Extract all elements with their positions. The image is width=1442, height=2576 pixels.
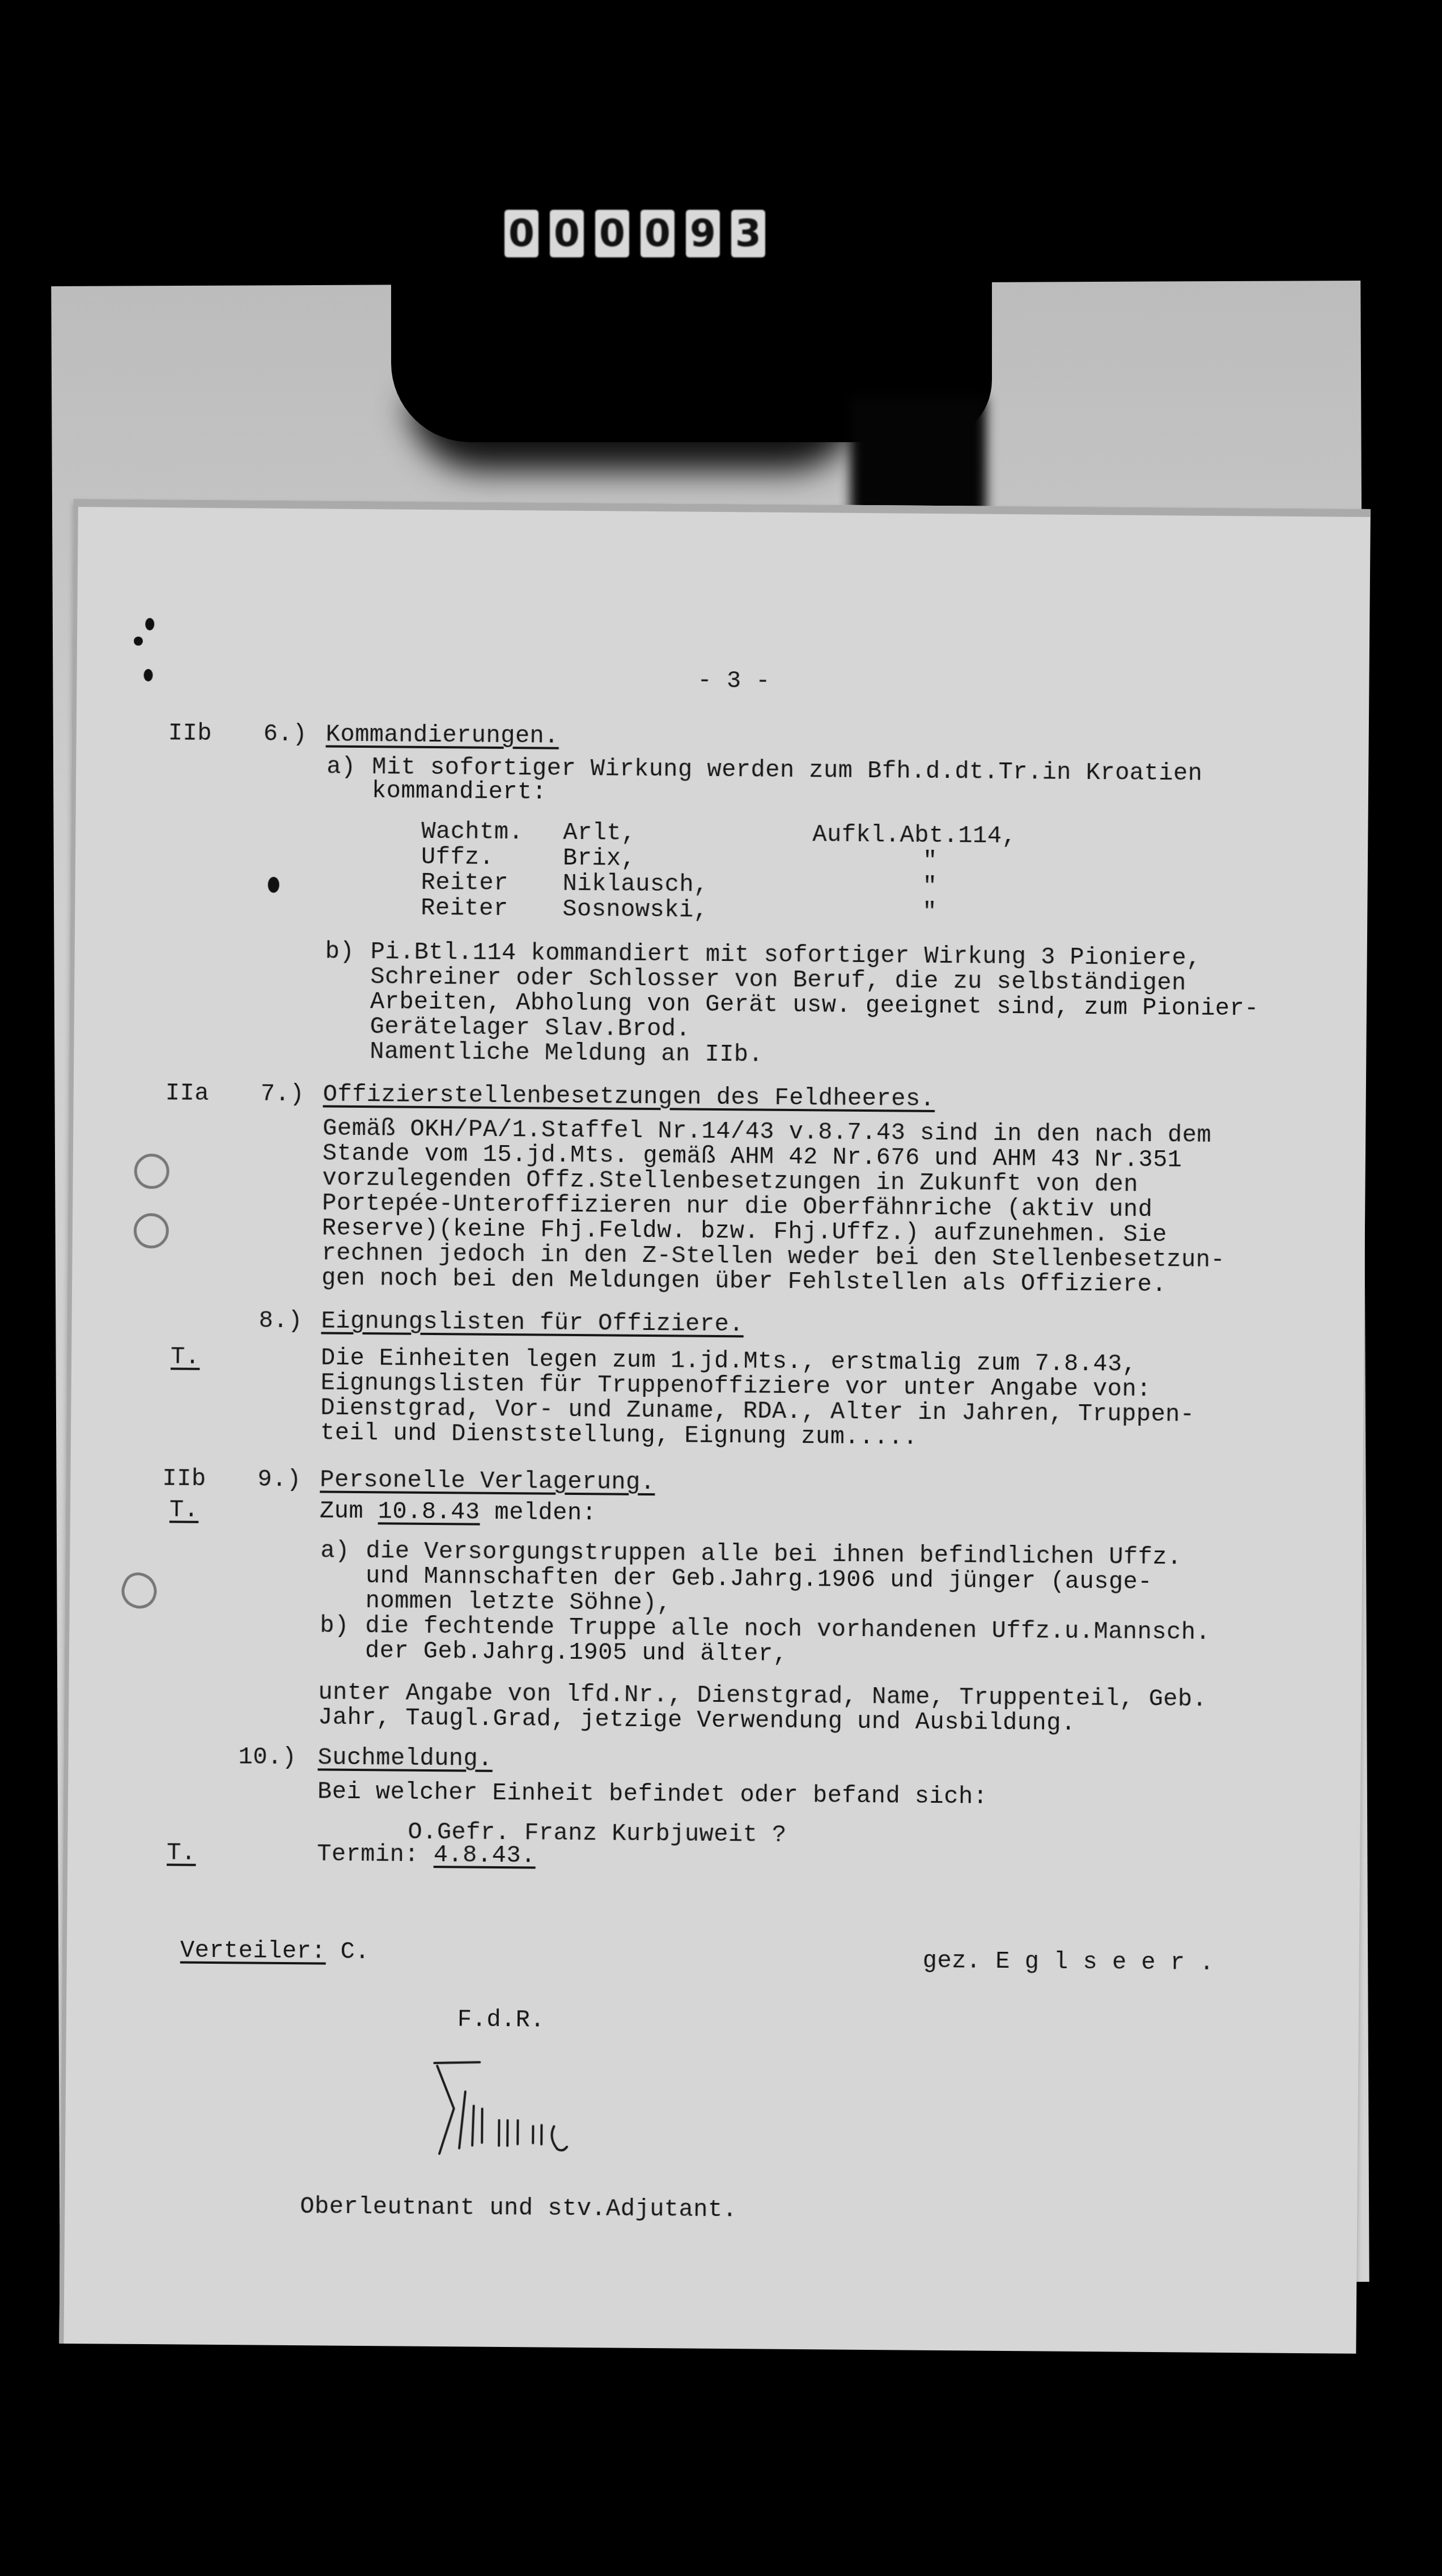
margin-mark	[145, 618, 154, 630]
office-code: IIb	[168, 720, 212, 747]
fdr-note: F.d.R.	[457, 2006, 545, 2033]
signed-by: gez. E g l s e e r .	[923, 1948, 1214, 1976]
deadline-date: 10.8.43	[378, 1498, 480, 1526]
item-label: a)	[326, 754, 356, 780]
page-number: - 3 -	[697, 668, 770, 694]
margin-mark	[143, 669, 152, 681]
office-code: T.	[169, 1497, 199, 1523]
text-line: Bei welcher Einheit befindet oder befand…	[317, 1778, 988, 1810]
text-line: Namentliche Meldung an IIb.	[370, 1039, 763, 1067]
termin-line: Termin: 4.8.43.	[317, 1841, 536, 1869]
unit: "	[923, 848, 938, 874]
section-heading: Kommandierungen.	[326, 722, 559, 749]
punch-hole	[134, 1213, 169, 1248]
rank: Wachtm.	[421, 819, 523, 845]
section-heading: Personelle Verlagerung.	[320, 1467, 655, 1495]
section-heading: Eignungslisten für Offiziere.	[321, 1308, 744, 1337]
text-line: teil und Dienststellung, Eignung zum....…	[320, 1420, 918, 1450]
document-page: - 3 - IIb 6.) Kommandierungen. a) Mit so…	[59, 499, 1370, 2354]
margin-mark	[134, 637, 143, 646]
handwritten-signature	[405, 2052, 644, 2167]
counter-digit: 0	[550, 210, 584, 257]
termin-label: Termin:	[317, 1840, 419, 1868]
name: Arlt,	[563, 820, 636, 846]
text-fragment: melden:	[494, 1499, 596, 1527]
verteiler-value: C.	[340, 1938, 370, 1965]
section-number: 6.)	[264, 721, 307, 748]
counter-digit: 9	[686, 210, 720, 257]
counter-digit: 0	[595, 210, 629, 257]
punch-hole	[117, 1568, 162, 1613]
office-code: T.	[167, 1840, 196, 1866]
office-code: IIb	[162, 1465, 206, 1492]
personnel-list: Wachtm. Arlt, Aufkl.Abt.114, Uffz. Brix,…	[78, 507, 1371, 517]
office-code: T.	[171, 1344, 200, 1370]
counter-digit: 0	[504, 210, 538, 257]
section-number: 10.)	[238, 1744, 296, 1770]
frame-counter: 0 0 0 0 9 3	[504, 210, 765, 257]
counter-digit: 0	[641, 210, 675, 257]
text-line: kommandiert:	[372, 778, 547, 805]
name: Brix,	[563, 845, 636, 872]
unit: Aufkl.Abt.114,	[812, 821, 1016, 849]
rank: Uffz.	[421, 844, 494, 871]
office-code: IIa	[166, 1080, 209, 1107]
section-number: 7.)	[261, 1081, 304, 1108]
termin-date: 4.8.43.	[434, 1841, 536, 1869]
section-number: 8.)	[258, 1308, 302, 1334]
text-line: Zum 10.8.43 melden:	[320, 1498, 597, 1526]
signatory-title: Oberleutnant und stv.Adjutant.	[300, 2193, 737, 2223]
counter-digit: 3	[731, 210, 765, 257]
rank: Reiter	[421, 870, 509, 896]
text-line: Jahr, Taugl.Grad, jetzige Verwendung und…	[318, 1704, 1076, 1736]
section-heading: Suchmeldung.	[317, 1744, 493, 1772]
name: Niklausch,	[563, 871, 709, 898]
text-fragment: Zum	[320, 1497, 363, 1525]
section-heading: Offizierstellenbesetzungen des Feldheere…	[323, 1081, 935, 1112]
text-line: gen noch bei den Meldungen über Fehlstel…	[321, 1265, 1167, 1298]
text-line: der Geb.Jahrg.1905 und älter,	[365, 1638, 788, 1667]
item-label: b)	[325, 939, 355, 965]
item-label: b)	[320, 1612, 349, 1638]
punch-hole	[134, 1154, 169, 1189]
item-label: a)	[320, 1537, 350, 1564]
unit: "	[922, 899, 937, 925]
unit: "	[922, 874, 937, 900]
rank: Reiter	[421, 895, 508, 922]
verteiler-label: Verteiler:	[180, 1937, 326, 1965]
name: Sosnowski,	[562, 896, 708, 923]
distribution-line: Verteiler: C.	[180, 1938, 370, 1965]
section-number: 9.)	[257, 1467, 301, 1493]
margin-dot	[268, 877, 279, 893]
